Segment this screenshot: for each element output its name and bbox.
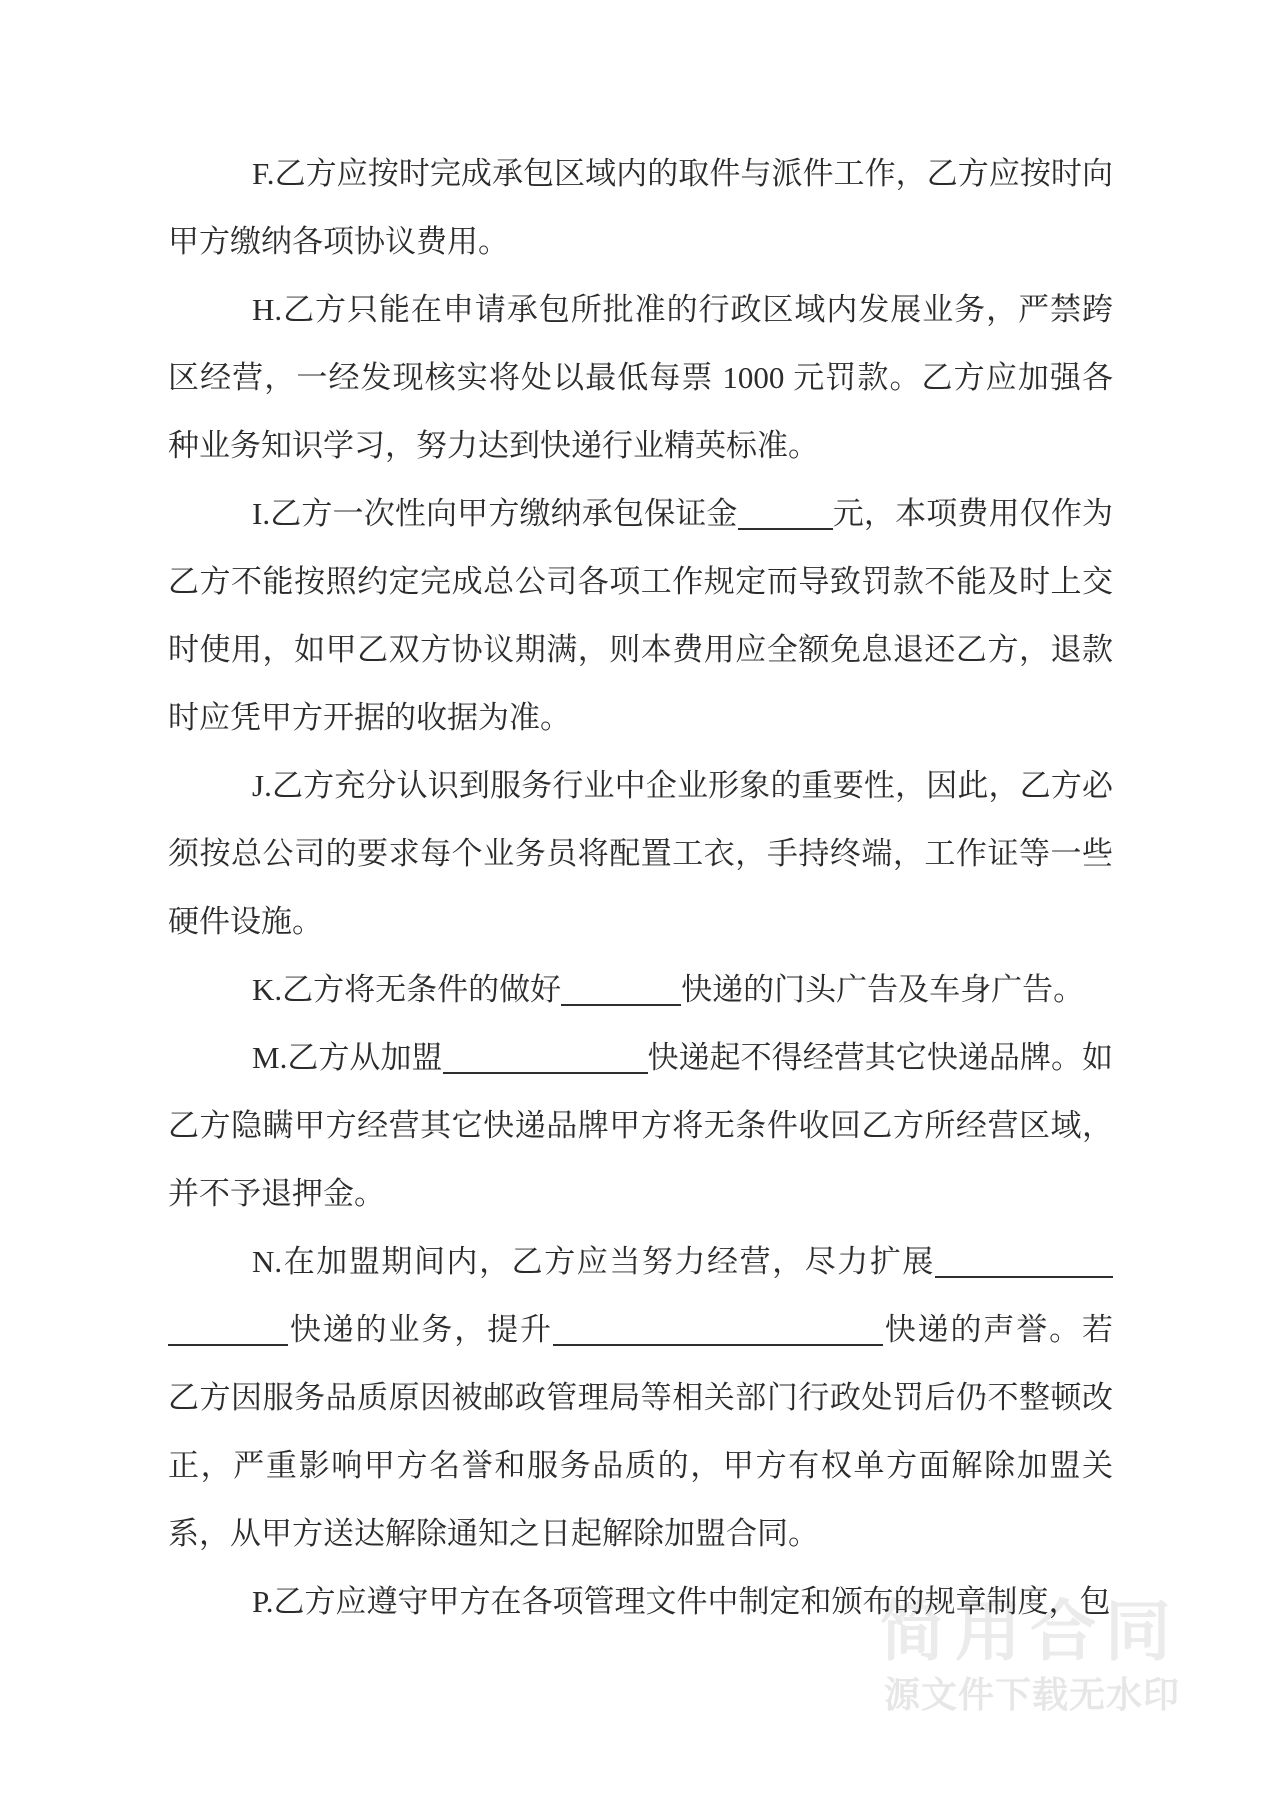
clause-text: 快递的业务，提升 (288, 1312, 553, 1347)
contract-document-page: F.乙方应按时完成承包区域内的取件与派件工作，乙方应按时向甲方缴纳各项协议费用。… (0, 0, 1280, 1810)
clause-I: I.乙方一次性向甲方缴纳承包保证金元，本项费用仅作为乙方不能按照约定完成总公司各… (168, 480, 1113, 752)
clause-text: K.乙方将无条件的做好 (252, 972, 561, 1007)
watermark-tagline-text: 源文件下载无水印 (880, 1676, 1180, 1714)
clause-F: F.乙方应按时完成承包区域内的取件与派件工作，乙方应按时向甲方缴纳各项协议费用。 (168, 140, 1113, 276)
clause-K: K.乙方将无条件的做好快递的门头广告及车身广告。 (168, 956, 1113, 1024)
clause-text: I.乙方一次性向甲方缴纳承包保证金 (252, 496, 738, 531)
clause-H: H.乙方只能在申请承包所批准的行政区域内发展业务，严禁跨区经营，一经发现核实将处… (168, 276, 1113, 480)
fill-in-blank (168, 1308, 288, 1346)
clause-text: F.乙方应按时完成承包区域内的取件与派件工作，乙方应按时向甲方缴纳各项协议费用。 (168, 156, 1113, 259)
fill-in-blank (935, 1240, 1113, 1278)
clause-text: 快递的声誉。若乙方因服务品质原因被邮政管理局等相关部门行政处罚后仍不整顿改正，严… (168, 1312, 1113, 1551)
clause-text: M.乙方从加盟 (252, 1040, 443, 1075)
clause-text: 快递的门头广告及车身广告。 (681, 972, 1084, 1007)
clause-text: J.乙方充分认识到服务行业中企业形象的重要性，因此，乙方必须按总公司的要求每个业… (168, 768, 1113, 939)
fill-in-blank (738, 492, 833, 530)
contract-body: F.乙方应按时完成承包区域内的取件与派件工作，乙方应按时向甲方缴纳各项协议费用。… (168, 140, 1113, 1636)
clause-text: H.乙方只能在申请承包所批准的行政区域内发展业务，严禁跨区经营，一经发现核实将处… (168, 292, 1113, 463)
clause-N: N.在加盟期间内，乙方应当努力经营，尽力扩展快递的业务，提升快递的声誉。若乙方因… (168, 1228, 1113, 1568)
clause-P: P.乙方应遵守甲方在各项管理文件中制定和颁布的规章制度，包 (168, 1568, 1113, 1636)
fill-in-blank (443, 1036, 648, 1074)
clause-J: J.乙方充分认识到服务行业中企业形象的重要性，因此，乙方必须按总公司的要求每个业… (168, 752, 1113, 956)
clause-M: M.乙方从加盟快递起不得经营其它快递品牌。如乙方隐瞒甲方经营其它快递品牌甲方将无… (168, 1024, 1113, 1228)
clause-text: 元，本项费用仅作为乙方不能按照约定完成总公司各项工作规定而导致罚款不能及时上交时… (168, 496, 1113, 735)
clause-text: N.在加盟期间内，乙方应当努力经营，尽力扩展 (252, 1244, 935, 1279)
fill-in-blank (553, 1308, 883, 1346)
clause-text: P.乙方应遵守甲方在各项管理文件中制定和颁布的规章制度，包 (252, 1584, 1111, 1619)
fill-in-blank (561, 968, 681, 1006)
